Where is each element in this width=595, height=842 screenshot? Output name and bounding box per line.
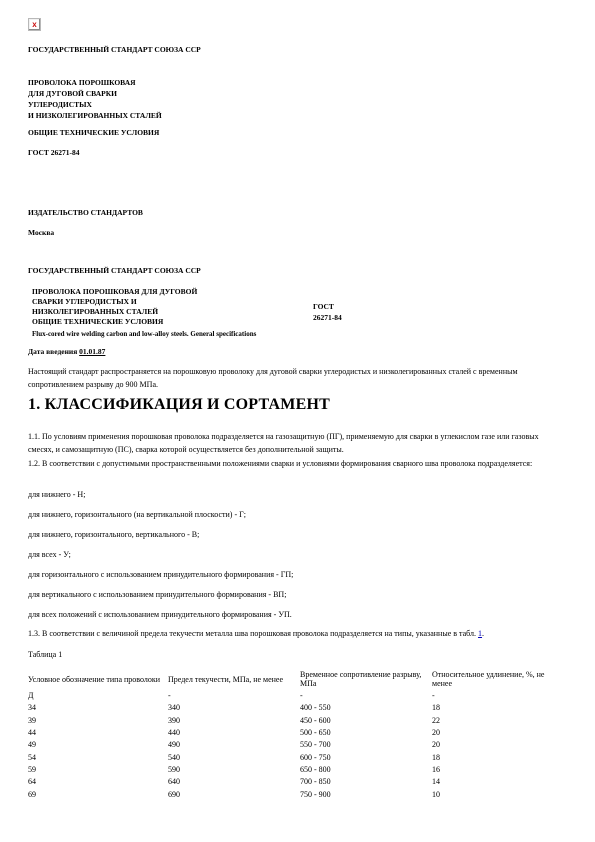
standard-title-block: ПРОВОЛОКА ПОРОШКОВАЯ ДЛЯ ДУГОВОЙ СВАРКИ … [32, 287, 302, 339]
table-1-caption: Таблица 1 [28, 650, 62, 659]
cell-elongation: 22 [432, 715, 565, 727]
cell-tensile-strength: 550 - 700 [300, 739, 432, 751]
section-1-heading: 1. КЛАССИФИКАЦИЯ И СОРТАМЕНТ [28, 396, 330, 414]
cell-tensile-strength: 750 - 900 [300, 788, 432, 800]
paragraph-1-3-text: 1.3. В соответствии с величиной предела … [28, 629, 478, 638]
table-row: 34 340 400 - 550 18 [28, 702, 565, 714]
title-english: Flux-cored wire welding carbon and low-a… [32, 330, 302, 339]
cell-tensile-strength: 700 - 850 [300, 776, 432, 788]
cell-wire-type: Д [28, 690, 168, 702]
gost-number-block: ГОСТ 26271-84 [313, 301, 342, 323]
effective-date-value: 01.01.87 [79, 347, 105, 356]
cell-yield-strength: 590 [168, 764, 300, 776]
column-header: Условное обозначение типа проволоки [28, 668, 168, 690]
cell-tensile-strength: 650 - 800 [300, 764, 432, 776]
title-line: ПРОВОЛОКА ПОРОШКОВАЯ ДЛЯ ДУГОВОЙ [32, 287, 302, 297]
cell-wire-type: 44 [28, 727, 168, 739]
cover-title-line: И НИЗКОЛЕГИРОВАННЫХ СТАЛЕЙ [28, 110, 162, 121]
cell-elongation: 16 [432, 764, 565, 776]
column-header: Относительное удлинение, %, не менее [432, 668, 565, 690]
title-line: НИЗКОЛЕГИРОВАННЫХ СТАЛЕЙ [32, 307, 302, 317]
cell-wire-type: 64 [28, 776, 168, 788]
cell-tensile-strength: 500 - 650 [300, 727, 432, 739]
cell-wire-type: 39 [28, 715, 168, 727]
cell-tensile-strength: 600 - 750 [300, 751, 432, 763]
table-row: 64 640 700 - 850 14 [28, 776, 565, 788]
broken-image-x-icon: x [32, 21, 36, 29]
broken-image-icon: x [28, 18, 41, 31]
publisher-name: ИЗДАТЕЛЬСТВО СТАНДАРТОВ [28, 208, 143, 217]
table-row: 59 590 650 - 800 16 [28, 764, 565, 776]
paragraph-1-1: 1.1. По условиям применения порошковая п… [28, 431, 565, 456]
table-row: 44 440 500 - 650 20 [28, 727, 565, 739]
title-line: ОБЩИЕ ТЕХНИЧЕСКИЕ УСЛОВИЯ [32, 317, 302, 327]
welding-positions-list: для нижнего - Н; для нижнего, горизонтал… [28, 491, 565, 631]
cover-title-line: ДЛЯ ДУГОВОЙ СВАРКИ [28, 88, 162, 99]
paragraph-1-2: 1.2. В соответствии с допустимыми простр… [28, 458, 565, 471]
table-1: Условное обозначение типа проволоки Пред… [28, 668, 565, 801]
paragraph-1-3: 1.3. В соответствии с величиной предела … [28, 628, 565, 641]
cell-wire-type: 59 [28, 764, 168, 776]
table-row: 39 390 450 - 600 22 [28, 715, 565, 727]
list-item: для всех положений с использованием прин… [28, 611, 565, 619]
table-row: 54 540 600 - 750 18 [28, 751, 565, 763]
cell-yield-strength: 690 [168, 788, 300, 800]
cell-yield-strength: 390 [168, 715, 300, 727]
cell-wire-type: 69 [28, 788, 168, 800]
cell-tensile-strength: 400 - 550 [300, 702, 432, 714]
cell-elongation: 10 [432, 788, 565, 800]
list-item: для горизонтального с использованием при… [28, 571, 565, 579]
table-row: 69 690 750 - 900 10 [28, 788, 565, 800]
table-row: Д - - - [28, 690, 565, 702]
cover-gost-number: ГОСТ 26271-84 [28, 148, 80, 157]
cell-elongation: 14 [432, 776, 565, 788]
cell-wire-type: 54 [28, 751, 168, 763]
cell-yield-strength: 340 [168, 702, 300, 714]
table-row: 49 490 550 - 700 20 [28, 739, 565, 751]
table-header-row: Условное обозначение типа проволоки Пред… [28, 668, 565, 690]
effective-date-label: Дата введения [28, 347, 79, 356]
cell-yield-strength: 640 [168, 776, 300, 788]
list-item: для всех - У; [28, 551, 565, 559]
cell-wire-type: 34 [28, 702, 168, 714]
list-item: для нижнего, горизонтального, вертикальн… [28, 531, 565, 539]
cell-wire-type: 49 [28, 739, 168, 751]
cell-tensile-strength: - [300, 690, 432, 702]
column-header: Предел текучести, МПа, не менее [168, 668, 300, 690]
cell-yield-strength: 540 [168, 751, 300, 763]
effective-date-line: Дата введения 01.01.87 [28, 347, 105, 356]
cell-tensile-strength: 450 - 600 [300, 715, 432, 727]
cover-title-line: УГЛЕРОДИСТЫХ [28, 99, 162, 110]
cell-yield-strength: 440 [168, 727, 300, 739]
gost-number-line: 26271-84 [313, 312, 342, 323]
cell-elongation: - [432, 690, 565, 702]
list-item: для вертикального с использованием прину… [28, 591, 565, 599]
cover-title-line: ПРОВОЛОКА ПОРОШКОВАЯ [28, 77, 162, 88]
intro-paragraph: Настоящий стандарт распространяется на п… [28, 366, 565, 391]
cell-elongation: 18 [432, 751, 565, 763]
list-item: для нижнего, горизонтального (на вертика… [28, 511, 565, 519]
gost-number-line: ГОСТ [313, 301, 342, 312]
cover-standard-org-title: ГОСУДАРСТВЕННЫЙ СТАНДАРТ СОЮЗА ССР [28, 45, 201, 54]
cover-document-title: ПРОВОЛОКА ПОРОШКОВАЯ ДЛЯ ДУГОВОЙ СВАРКИ … [28, 77, 162, 121]
column-header: Временное сопротивление разрыву, МПа [300, 668, 432, 690]
publisher-city: Москва [28, 228, 54, 237]
cell-yield-strength: - [168, 690, 300, 702]
cell-elongation: 20 [432, 739, 565, 751]
paragraph-1-3-period: . [482, 629, 484, 638]
cell-elongation: 18 [432, 702, 565, 714]
cover-subtitle: ОБЩИЕ ТЕХНИЧЕСКИЕ УСЛОВИЯ [28, 128, 159, 137]
standard-org-title: ГОСУДАРСТВЕННЫЙ СТАНДАРТ СОЮЗА ССР [28, 266, 201, 275]
cell-elongation: 20 [432, 727, 565, 739]
title-line: СВАРКИ УГЛЕРОДИСТЫХ И [32, 297, 302, 307]
cell-yield-strength: 490 [168, 739, 300, 751]
list-item: для нижнего - Н; [28, 491, 565, 499]
